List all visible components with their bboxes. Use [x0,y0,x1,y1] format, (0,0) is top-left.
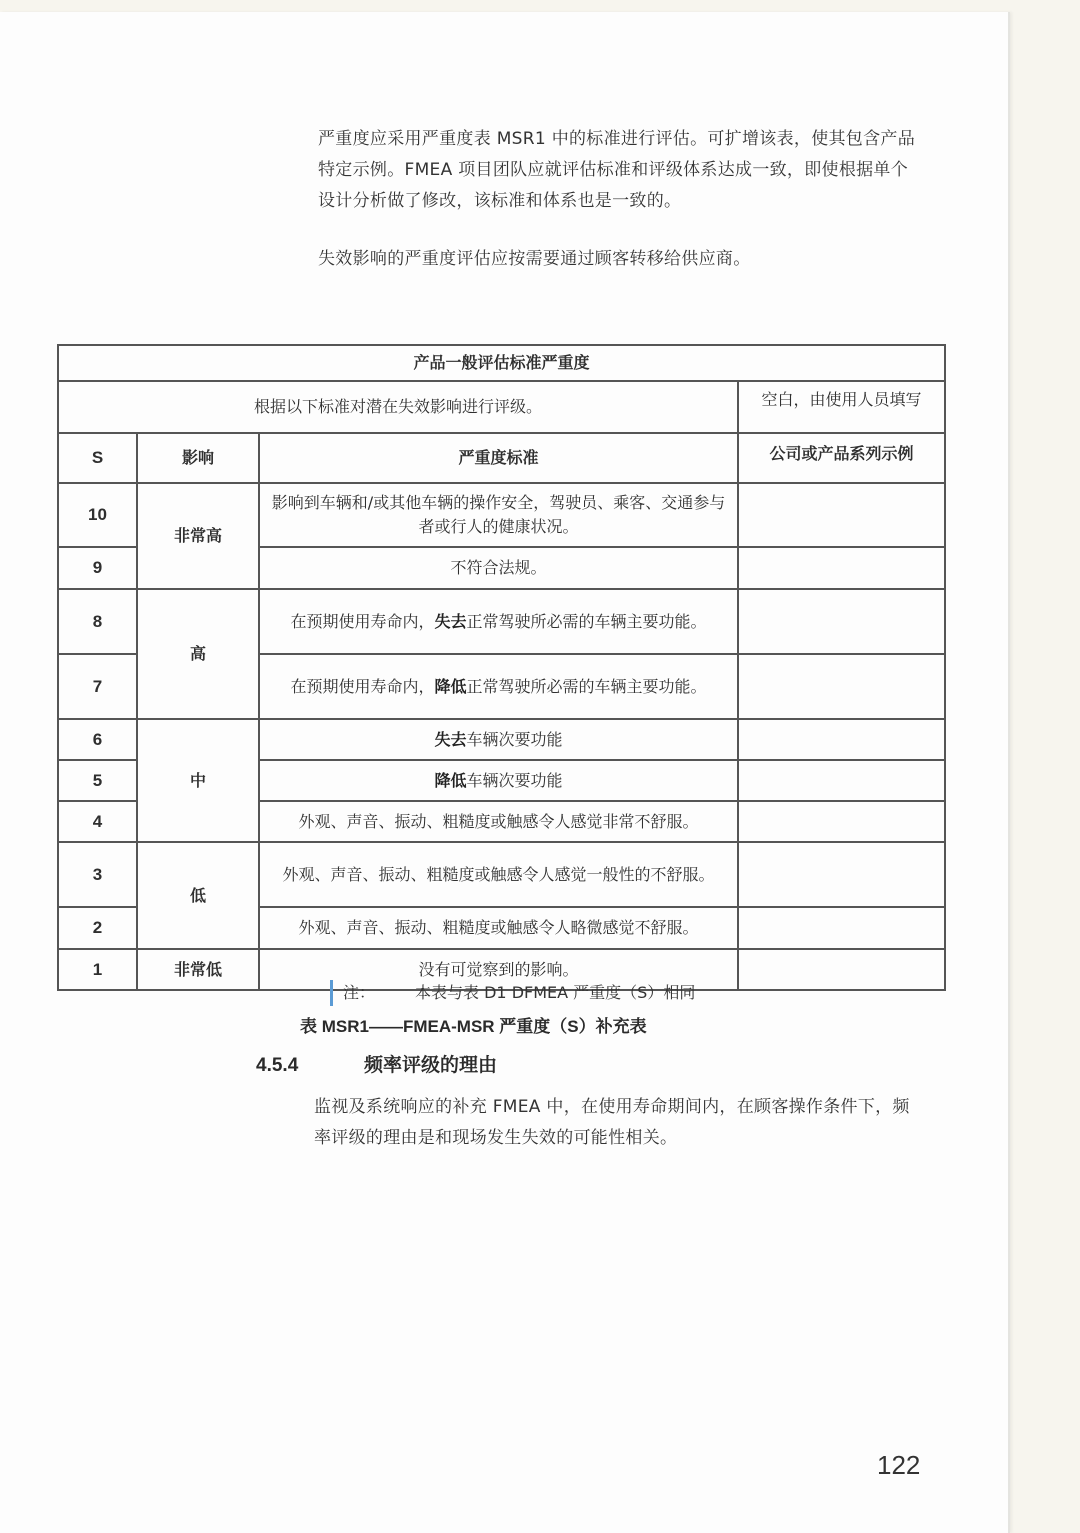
table-blank-note: 空白，由使用人员填写 [738,381,945,433]
criteria-emphasis: 降低 [434,677,466,696]
table-note: 注：本表与表 D1 DFMEA 严重度（S）相同 [330,980,695,1006]
table-row: 6 中 失去车辆次要功能 [58,719,945,760]
criteria-text: 在预期使用寿命内， [290,677,434,696]
section-number: 4.5.4 [256,1055,364,1077]
column-header-example: 公司或产品系列示例 [738,433,945,483]
page-number: 122 [877,1450,920,1481]
table-row: 8 高 在预期使用寿命内，失去正常驾驶所必需的车辆主要功能。 [58,589,945,654]
severity-value: 5 [58,760,137,801]
effect-medium: 中 [137,719,259,842]
example-cell [738,907,945,949]
intro-paragraph-1: 严重度应采用严重度表 MSR1 中的标准进行评估。可扩增该表，使其包含产品特定示… [318,124,918,217]
criteria-cell: 不符合法规。 [259,547,738,589]
severity-value: 9 [58,547,137,589]
example-cell [738,801,945,842]
criteria-text: 车辆次要功能 [467,771,563,790]
criteria-cell: 外观、声音、振动、粗糙度或触感令人感觉一般性的不舒服。 [259,842,738,907]
example-cell [738,483,945,547]
effect-very-low: 非常低 [137,949,259,990]
column-header-criteria: 严重度标准 [259,433,738,483]
example-cell [738,547,945,589]
severity-value: 2 [58,907,137,949]
table-title: 产品一般评估标准严重度 [58,345,945,381]
severity-table: 产品一般评估标准严重度 根据以下标准对潜在失效影响进行评级。 空白，由使用人员填… [57,344,946,991]
criteria-text: 正常驾驶所必需的车辆主要功能。 [467,677,707,696]
severity-value: 10 [58,483,137,547]
table-caption: 表 MSR1——FMEA-MSR 严重度（S）补充表 [300,1012,647,1037]
table-subtitle: 根据以下标准对潜在失效影响进行评级。 [58,381,738,433]
column-header-effect: 影响 [137,433,259,483]
severity-value: 6 [58,719,137,760]
criteria-cell: 降低车辆次要功能 [259,760,738,801]
criteria-cell: 失去车辆次要功能 [259,719,738,760]
severity-value: 3 [58,842,137,907]
effect-high: 高 [137,589,259,719]
severity-value: 8 [58,589,137,654]
section-title: 频率评级的理由 [364,1054,497,1076]
criteria-cell: 在预期使用寿命内，降低正常驾驶所必需的车辆主要功能。 [259,654,738,719]
section-heading: 4.5.4频率评级的理由 [256,1050,497,1077]
intro-paragraph-2: 失效影响的严重度评估应按需要通过顾客转移给供应商。 [318,244,918,275]
criteria-text: 车辆次要功能 [467,730,563,749]
example-cell [738,949,945,990]
criteria-cell: 外观、声音、振动、粗糙度或触感令人感觉非常不舒服。 [259,801,738,842]
example-cell [738,589,945,654]
criteria-cell: 在预期使用寿命内，失去正常驾驶所必需的车辆主要功能。 [259,589,738,654]
column-header-s: S [58,433,137,483]
example-cell [738,654,945,719]
severity-value: 7 [58,654,137,719]
example-cell [738,719,945,760]
table-row: 10 非常高 影响到车辆和/或其他车辆的操作安全，驾驶员、乘客、交通参与者或行人… [58,483,945,547]
effect-low: 低 [137,842,259,949]
effect-very-high: 非常高 [137,483,259,589]
criteria-emphasis: 失去 [434,730,466,749]
note-text: 本表与表 D1 DFMEA 严重度（S）相同 [415,983,695,1002]
table-row: 3 低 外观、声音、振动、粗糙度或触感令人感觉一般性的不舒服。 [58,842,945,907]
example-cell [738,842,945,907]
document-page: 严重度应采用严重度表 MSR1 中的标准进行评估。可扩增该表，使其包含产品特定示… [0,12,1010,1533]
criteria-cell: 影响到车辆和/或其他车辆的操作安全，驾驶员、乘客、交通参与者或行人的健康状况。 [259,483,738,547]
example-cell [738,760,945,801]
severity-value: 4 [58,801,137,842]
criteria-emphasis: 失去 [434,612,466,631]
note-label: 注： [343,983,375,1002]
criteria-emphasis: 降低 [434,771,466,790]
criteria-text: 正常驾驶所必需的车辆主要功能。 [467,612,707,631]
criteria-cell: 外观、声音、振动、粗糙度或触感令人略微感觉不舒服。 [259,907,738,949]
severity-value: 1 [58,949,137,990]
criteria-text: 在预期使用寿命内， [290,612,434,631]
section-paragraph: 监视及系统响应的补充 FMEA 中，在使用寿命期间内，在顾客操作条件下，频率评级… [314,1092,924,1154]
